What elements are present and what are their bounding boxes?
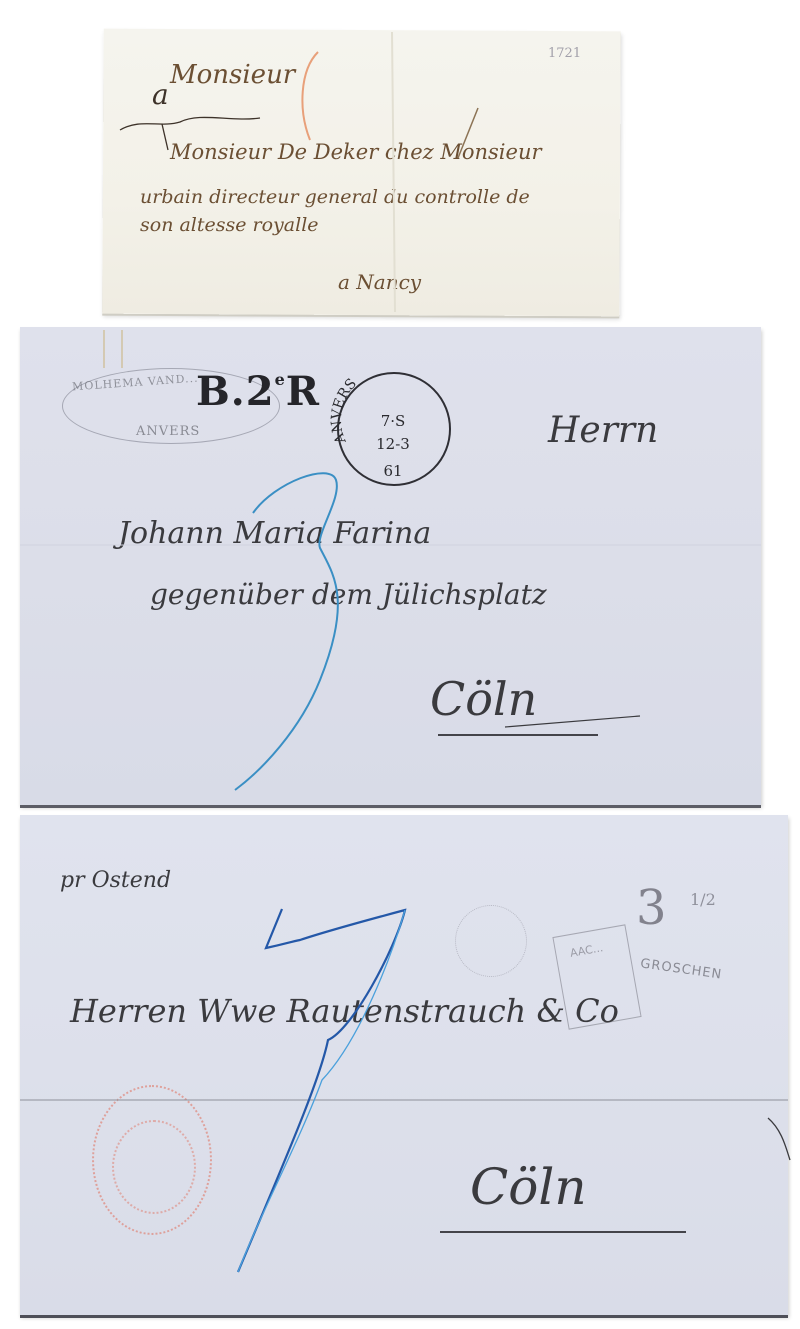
exchange-office-mark: B.2eR — [196, 368, 320, 415]
address-prefix: a — [152, 78, 169, 111]
routing-instruction: pr Ostend — [60, 868, 171, 893]
oval-stamp-bottom-text: ANVERS — [136, 424, 200, 439]
address-line: urbain directeur general du controlle de — [140, 186, 530, 208]
address-line: Herren Wwe Rautenstrauch & Co — [70, 992, 619, 1030]
cds-year: 61 — [368, 462, 418, 480]
cds-date: 7·S — [368, 412, 418, 430]
pencil-year-note: 1721 — [548, 46, 581, 61]
faint-circular-stamp — [455, 905, 527, 977]
address-line: Johann Maria Farina — [118, 516, 431, 551]
rate-handstamp-value: 3 — [636, 880, 667, 936]
address-line: gegenüber dem Jülichsplatz — [150, 578, 547, 611]
address-destination: a Nancy — [338, 270, 421, 294]
address-line: Monsieur De Deker chez Monsieur — [170, 140, 542, 164]
rate-handstamp-fraction: 1/2 — [690, 892, 716, 908]
address-salutation: Herrn — [548, 410, 658, 451]
address-destination: Cöln — [470, 1158, 587, 1216]
address-line: Monsieur — [170, 60, 295, 90]
cds-time: 12-3 — [366, 435, 420, 453]
address-line: son altesse royalle — [140, 214, 319, 236]
address-destination: Cöln — [430, 672, 537, 726]
red-cancel-inner-ring — [112, 1120, 196, 1214]
